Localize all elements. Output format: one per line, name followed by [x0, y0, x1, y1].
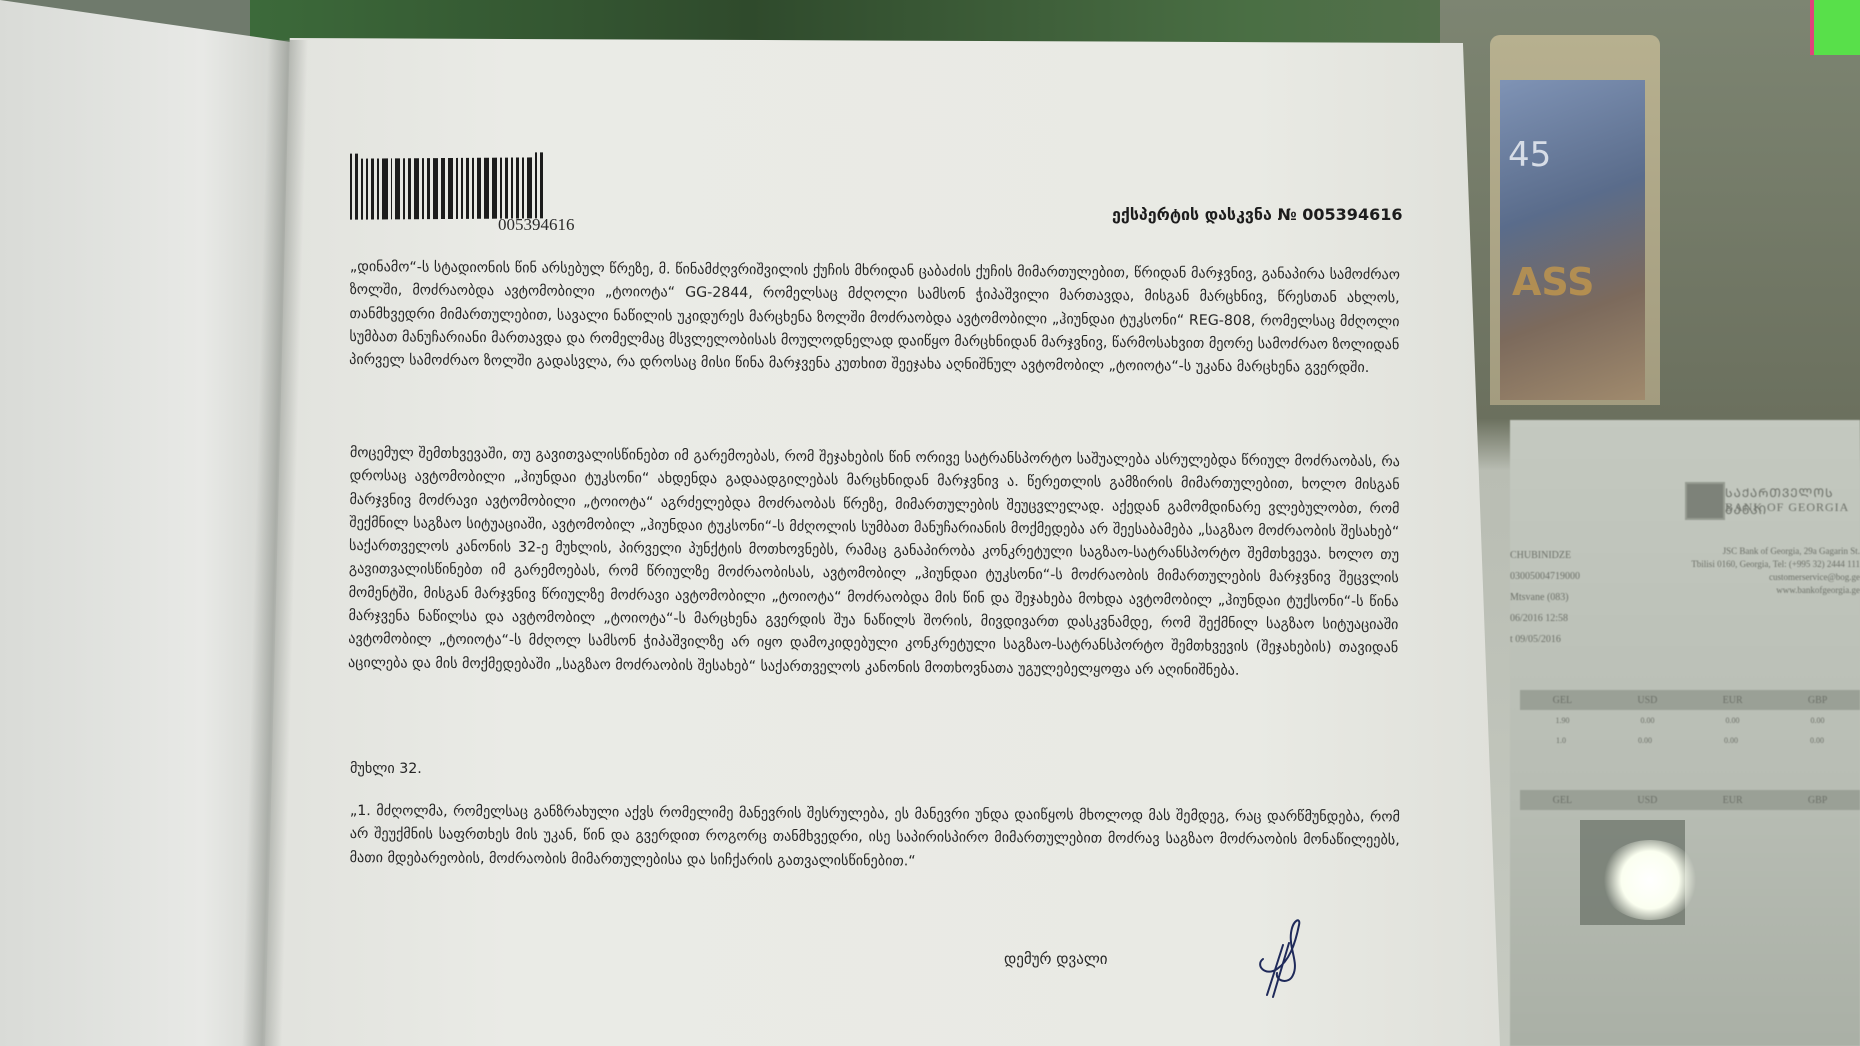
phone-box-number: 45	[1508, 135, 1551, 175]
paragraph-analysis: მოცემულ შემთხვევაში, თუ გავითვალისწინებთ…	[348, 442, 1400, 684]
price-tag	[1810, 0, 1860, 55]
col-usd: USD	[1637, 795, 1657, 806]
barcode-bar	[522, 158, 524, 219]
signature-icon	[1255, 915, 1315, 1005]
barcode-bar	[511, 158, 513, 219]
barcode-bar	[422, 158, 424, 219]
barcode-bar	[408, 159, 411, 220]
barcode-bar	[382, 159, 388, 220]
paragraph-incident: „დინამო“-ს სტადიონის წინ არსებულ წრეზე, …	[349, 256, 1400, 381]
barcode-bars	[350, 152, 546, 219]
bank-table-header: GEL USD EUR GBP	[1520, 790, 1860, 810]
cell: 0.00	[1724, 736, 1738, 745]
barcode-bar	[484, 158, 489, 219]
col-gel: GEL	[1553, 695, 1572, 706]
cell: 0.00	[1810, 736, 1824, 745]
signer-name: დემურ დვალი	[1004, 950, 1108, 968]
barcode-bar	[361, 159, 363, 220]
bank-address-line: www.bankofgeorgia.ge	[1640, 584, 1860, 597]
barcode-bar	[516, 158, 519, 219]
barcode-bar	[448, 158, 453, 219]
barcode-bar	[461, 158, 463, 219]
document-title: ექსპერტის დასკვნა № 005394616	[1112, 205, 1402, 224]
phone-box-image: 45 ASS	[1500, 80, 1645, 400]
barcode-bar	[472, 158, 474, 219]
barcode-bar	[527, 158, 532, 219]
barcode-bar	[403, 159, 405, 220]
barcode-bar	[477, 158, 481, 219]
bank-line: CHUBINIDZE	[1510, 545, 1580, 566]
col-gbp: GBP	[1808, 795, 1827, 806]
cell: 0.00	[1641, 716, 1655, 725]
article-quote: „1. მძღოლმა, რომელსაც განზრახული აქვს რო…	[350, 800, 1400, 876]
light-glare	[1600, 840, 1700, 920]
col-usd: USD	[1637, 695, 1657, 706]
barcode-bar	[441, 158, 445, 219]
bank-line: t 09/05/2016	[1510, 629, 1580, 650]
barcode-bar	[355, 154, 358, 220]
barcode-bar	[433, 158, 438, 219]
phone-box: 45 ASS	[1490, 35, 1660, 405]
barcode-bar	[456, 158, 458, 219]
barcode-bar	[414, 158, 419, 219]
bank-line: Mtsvane (083)	[1510, 587, 1580, 608]
bank-table-header: GEL USD EUR GBP	[1520, 690, 1860, 710]
bank-address-line: JSC Bank of Georgia, 29a Gagarin St.	[1640, 545, 1860, 558]
bank-table-row: 1.90 0.00 0.00 0.00	[1520, 710, 1860, 730]
bank-line: 03005004719000	[1510, 566, 1580, 587]
barcode-bar	[371, 159, 374, 220]
bank-client-info: CHUBINIDZE 03005004719000 Mtsvane (083) …	[1510, 545, 1580, 650]
barcode-bar	[427, 158, 430, 219]
col-eur: EUR	[1723, 695, 1743, 706]
cell: 0.00	[1726, 716, 1740, 725]
cell: 0.00	[1638, 736, 1652, 745]
bank-currency-table: GEL USD EUR GBP 1.90 0.00 0.00 0.00 1.0 …	[1520, 690, 1860, 810]
barcode-bar	[466, 158, 469, 219]
bank-address-line: Tbilisi 0160, Georgia, Tel: (+995 32) 24…	[1640, 558, 1860, 571]
bank-name-en: BANK OF GEORGIA	[1725, 500, 1849, 515]
barcode-bar	[366, 159, 368, 220]
bank-table-row: 1.0 0.00 0.00 0.00	[1520, 730, 1860, 750]
barcode-bar	[377, 159, 379, 220]
barcode-bar	[395, 159, 400, 220]
cell: 0.00	[1811, 716, 1825, 725]
cell: 1.0	[1556, 736, 1566, 745]
barcode-bar	[535, 152, 537, 218]
barcode-bar	[500, 158, 502, 219]
barcode: 005394616	[350, 153, 546, 219]
barcode-bar	[350, 154, 352, 220]
col-gel: GEL	[1553, 795, 1572, 806]
barcode-bar	[492, 158, 497, 219]
bank-receipt: ᲡᲐᲥᲐᲠᲗᲕᲔᲚᲝᲡ ᲑᲐᲜᲙᲘ BANK OF GEORGIA CHUBIN…	[1510, 420, 1860, 1046]
barcode-number: 005394616	[498, 215, 575, 235]
bank-logo-icon	[1685, 482, 1725, 520]
barcode-bar	[391, 159, 392, 220]
bank-address: JSC Bank of Georgia, 29a Gagarin St. Tbi…	[1640, 545, 1860, 597]
cell: 1.90	[1556, 716, 1570, 725]
barcode-bar	[505, 158, 508, 219]
bank-line: 06/2016 12:58	[1510, 608, 1580, 629]
col-gbp: GBP	[1808, 695, 1827, 706]
barcode-bar	[540, 152, 543, 218]
col-eur: EUR	[1723, 795, 1743, 806]
bank-address-line: customerservice@bog.ge	[1640, 571, 1860, 584]
article-heading: მუხლი 32.	[350, 758, 422, 781]
phone-box-brand: ASS	[1512, 260, 1594, 304]
